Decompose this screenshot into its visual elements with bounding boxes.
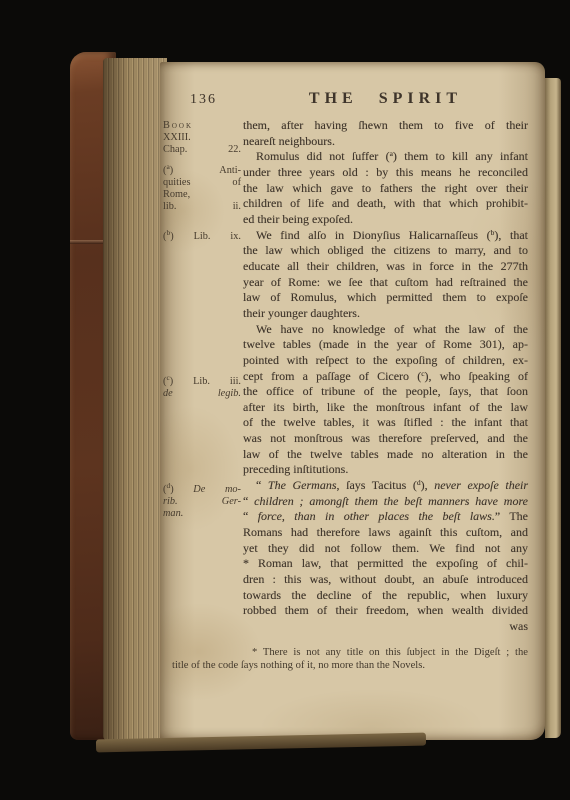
margin-note-line: lib. ii. [163,201,241,213]
margin-note-line: Chap. 22. [163,144,241,156]
body-text-line: We have no knowledge of what the law of … [243,322,528,338]
margin-note-line: de legib. [163,388,241,400]
margin-note-line: man. [163,508,241,520]
margin-note-line: (a) Anti- [163,165,241,177]
body-text-line: was [243,619,528,635]
body-text-line: dren : this was, without doubt, an abuſe… [243,572,528,588]
margin-note-book-chap: BookXXIII.Chap. 22. [163,120,241,156]
footnote: * There is not any title on this ſubject… [172,646,528,672]
margin-note-line: (d) De mo- [163,484,241,496]
fore-edge-pages [545,78,561,738]
body-text-line: towards the decline of the republic, whe… [243,588,528,604]
body-text-line: “ The Germans, ſays Tacitus (d), never e… [243,478,528,494]
body-text-line: the law which gave to fathers the right … [243,181,528,197]
body-text-line: ed their being expoſed. [243,212,528,228]
body-text-line: twelve tables (made in the year of Rome … [243,337,528,353]
body-text-line: robbed them of their freedom, when wealt… [243,603,528,619]
body-text-line: educate all their children, was in force… [243,259,528,275]
stacked-page-edges [103,58,167,740]
running-title: THE SPIRIT [243,90,528,108]
body-text-line: the law which obliged the citizens to ma… [243,243,528,259]
body-text-line: cept from a paſſage of Cicero (c), who ſ… [243,369,528,385]
body-text-line: neareſt neighbours. [243,134,528,150]
body-text-line: after its birth, like the monſtrous infa… [243,400,528,416]
body-text-line: preceding inſtitutions. [243,462,528,478]
book-photograph: 136 THE SPIRIT BookXXIII.Chap. 22. (a) A… [0,0,570,800]
margin-note-line: XXIII. [163,132,241,144]
body-text-line: them, after having ſhewn them to five of… [243,118,528,134]
footnote-line: title of the code ſays nothing of it, no… [172,659,528,672]
body-text-line: the office of tribune of the people, ſay… [243,384,528,400]
body-text-line: “ children ; amongſt them the beſt manne… [243,494,528,510]
body-text-line: * Roman law, that permitted the expoſing… [243,556,528,572]
margin-note-line: rib. Ger- [163,496,241,508]
book-page: 136 THE SPIRIT BookXXIII.Chap. 22. (a) A… [160,62,545,740]
body-text-line: law of the twelve tables made no alterat… [243,447,528,463]
body-text-line: their younger daughters. [243,306,528,322]
margin-note-line: (b) Lib. ix. [163,231,241,243]
body-text-line: was not monſtrous was therefore preſerve… [243,431,528,447]
body-text-line: Romulus did not ſuffer (a) them to kill … [243,149,528,165]
page-number: 136 [190,92,217,108]
body-text-line: yet they did not follow them. We find no… [243,541,528,557]
body-text-line: of the twelve tables, it was ſtifled : t… [243,415,528,431]
body-text-line: children of life and death, with that wh… [243,196,528,212]
margin-note-d: (d) De mo-rib. Ger-man. [163,484,241,520]
margin-note-line: quities of [163,177,241,189]
margin-note-line: Book [163,120,241,132]
margin-note-c: (c) Lib. iii.de legib. [163,376,241,400]
body-text-line: under three years old : by this means he… [243,165,528,181]
body-text-line: We find alſo in Dionyſius Halicarnaſſeus… [243,228,528,244]
margin-note-b: (b) Lib. ix. [163,231,241,243]
body-text-line: law of Romulus, which permitted them to … [243,290,528,306]
body-text-line: “ force, than in other places the beſt l… [243,509,528,525]
margin-note-line: (c) Lib. iii. [163,376,241,388]
body-text-line: year of Rome: we ſee that cuſtom had reſ… [243,275,528,291]
margin-note-a: (a) Anti-quities ofRome,lib. ii. [163,165,241,213]
body-text-line: Romans had therefore laws againſt this c… [243,525,528,541]
body-text: them, after having ſhewn them to five of… [243,118,528,635]
body-text-line: pointed with reſpect to the expoſing of … [243,353,528,369]
margin-note-line: Rome, [163,189,241,201]
footnote-line: * There is not any title on this ſubject… [172,646,528,659]
